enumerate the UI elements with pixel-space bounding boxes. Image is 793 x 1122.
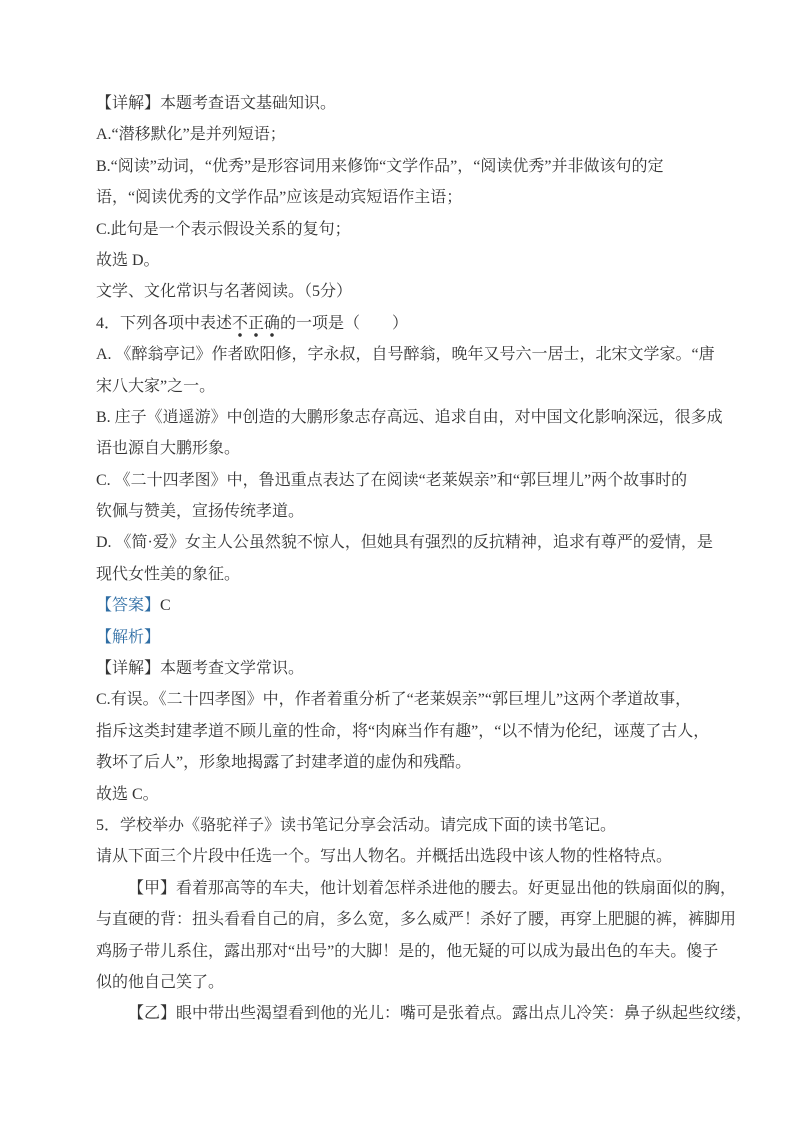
text-run: 【乙】眼中带出些渴望看到他的光儿：嘴可是张着点。露出点儿冷笑：鼻子纵起些纹缕， — [128, 1005, 752, 1022]
q4-option-d-line2: 现代女性美的象征。 — [96, 559, 700, 590]
text-run: A.“潜移默化”是并列短语； — [96, 126, 286, 143]
text-run: 的一项是（ ） — [280, 315, 408, 332]
text-run: 与直硬的背：扭头看看自己的肩，多么宽，多么威严！杀好了腰，再穿上肥腿的裤，裤脚用 — [96, 911, 736, 928]
passage-yi-line1: 【乙】眼中带出些渴望看到他的光儿：嘴可是张着点。露出点儿冷笑：鼻子纵起些纹缕， — [96, 998, 700, 1029]
answer-label: 【答案】 — [96, 597, 160, 614]
text-run: 4．下列各项中表述 — [96, 315, 232, 332]
passage-jia-line1: 【甲】看着那高等的车夫，他计划着怎样杀进他的腰去。好更显出他的铁扇面似的胸， — [96, 873, 700, 904]
q4-option-c-line1: C. 《二十四孝图》中，鲁迅重点表达了在阅读“老莱娱亲”和“郭巨埋儿”两个故事时… — [96, 465, 700, 496]
answer-line: 【答案】C — [96, 590, 700, 621]
conclusion-q3: 故选 D。 — [96, 245, 700, 276]
text-run: 语也源自大鹏形象。 — [96, 440, 240, 457]
q4-option-a-line2: 宋八大家”之一。 — [96, 371, 700, 402]
text-run: 钦佩与赞美，宣扬传统孝道。 — [96, 503, 304, 520]
passage-jia-line2: 与直硬的背：扭头看看自己的肩，多么宽，多么威严！杀好了腰，再穿上肥腿的裤，裤脚用 — [96, 904, 700, 935]
text-run: C.此句是一个表示假设关系的复句； — [96, 221, 351, 238]
answer-value: C — [160, 597, 171, 614]
detail-label-q4: 【详解】本题考查文学常识。 — [96, 653, 700, 684]
text-run: B.“阅读”动词，“优秀”是形容词用来修饰“文学作品”，“阅读优秀”并非做该句的… — [96, 158, 664, 175]
detail-label-q3: 【详解】本题考查语文基础知识。 — [96, 88, 700, 119]
passage-jia-line3: 鸡肠子带儿系住，露出那对“出号”的大脚！是的，他无疑的可以成为最出色的车夫。傻子 — [96, 936, 700, 967]
text-run: B. 庄子《逍遥游》中创造的大鹏形象志存高远、追求自由，对中国文化影响深远，很多… — [96, 409, 723, 426]
q4-option-b-line1: B. 庄子《逍遥游》中创造的大鹏形象志存高远、追求自由，对中国文化影响深远，很多… — [96, 402, 700, 433]
text-run: 【详解】本题考查语文基础知识。 — [96, 95, 336, 112]
question-4-stem: 4．下列各项中表述不正确的一项是（ ） — [96, 308, 700, 339]
text-run: 现代女性美的象征。 — [96, 566, 240, 583]
text-run: 教坏了后人”，形象地揭露了封建孝道的虚伪和残酷。 — [96, 754, 471, 771]
text-run: 宋八大家”之一。 — [96, 378, 215, 395]
document-page: 【详解】本题考查语文基础知识。A.“潜移默化”是并列短语；B.“阅读”动词，“优… — [0, 0, 793, 1122]
q5-instruction: 请从下面三个片段中任选一个。写出人物名。并概括出选段中该人物的性格特点。 — [96, 841, 700, 872]
option-b-analysis-line2: 语，“阅读优秀的文学作品”应该是动宾短语作主语； — [96, 182, 700, 213]
conclusion-q4: 故选 C。 — [96, 779, 700, 810]
q4-option-c-line2: 钦佩与赞美，宣扬传统孝道。 — [96, 496, 700, 527]
q4-explanation-line1: C.有误。《二十四孝图》中，作者着重分析了“老莱娱亲”“郭巨埋儿”这两个孝道故事… — [96, 684, 700, 715]
text-run: 故选 D。 — [96, 252, 160, 269]
text-run: 故选 C。 — [96, 786, 159, 803]
text-run: 【甲】看着那高等的车夫，他计划着怎样杀进他的腰去。好更显出他的铁扇面似的胸， — [128, 880, 736, 897]
text-run: 文学、文化常识与名著阅读。（5分） — [96, 283, 352, 300]
text-run: 语，“阅读优秀的文学作品”应该是动宾短语作主语； — [96, 189, 462, 206]
option-a-analysis: A.“潜移默化”是并列短语； — [96, 119, 700, 150]
option-c-analysis: C.此句是一个表示假设关系的复句； — [96, 214, 700, 245]
document-content: 【详解】本题考查语文基础知识。A.“潜移默化”是并列短语；B.“阅读”动词，“优… — [96, 88, 700, 1030]
text-run: C.有误。《二十四孝图》中，作者着重分析了“老莱娱亲”“郭巨埋儿”这两个孝道故事… — [96, 691, 691, 708]
emphasized-text: 不正确 — [232, 315, 280, 338]
question-5-stem: 5．学校举办《骆驼祥子》读书笔记分享会活动。请完成下面的读书笔记。 — [96, 810, 700, 841]
text-run: C. 《二十四孝图》中，鲁迅重点表达了在阅读“老莱娱亲”和“郭巨埋儿”两个故事时… — [96, 472, 687, 489]
text-run: 指斥这类封建孝道不顾儿童的性命，将“肉麻当作有趣”，“以不情为伦纪，诬蔑了古人， — [96, 723, 709, 740]
text-run: 【详解】本题考查文学常识。 — [96, 660, 304, 677]
q4-option-b-line2: 语也源自大鹏形象。 — [96, 433, 700, 464]
text-run: 似的他自己笑了。 — [96, 974, 224, 991]
q4-option-d-line1: D. 《简·爱》女主人公虽然貌不惊人，但她具有强烈的反抗精神，追求有尊严的爱情，… — [96, 527, 700, 558]
text-run: A. 《醉翁亭记》作者欧阳修，字永叔，自号醉翁，晚年又号六一居士，北宋文学家。“… — [96, 346, 715, 363]
text-run: 鸡肠子带儿系住，露出那对“出号”的大脚！是的，他无疑的可以成为最出色的车夫。傻子 — [96, 943, 718, 960]
analysis-label: 【解析】 — [96, 629, 160, 646]
q4-explanation-line2: 指斥这类封建孝道不顾儿童的性命，将“肉麻当作有趣”，“以不情为伦纪，诬蔑了古人， — [96, 716, 700, 747]
analysis-label-line: 【解析】 — [96, 622, 700, 653]
text-run: D. 《简·爱》女主人公虽然貌不惊人，但她具有强烈的反抗精神，追求有尊严的爱情，… — [96, 534, 713, 551]
text-run: 5．学校举办《骆驼祥子》读书笔记分享会活动。请完成下面的读书笔记。 — [96, 817, 616, 834]
q4-option-a-line1: A. 《醉翁亭记》作者欧阳修，字永叔，自号醉翁，晚年又号六一居士，北宋文学家。“… — [96, 339, 700, 370]
section-title: 文学、文化常识与名著阅读。（5分） — [96, 276, 700, 307]
q4-explanation-line3: 教坏了后人”，形象地揭露了封建孝道的虚伪和残酷。 — [96, 747, 700, 778]
text-run: 请从下面三个片段中任选一个。写出人物名。并概括出选段中该人物的性格特点。 — [96, 848, 672, 865]
option-b-analysis-line1: B.“阅读”动词，“优秀”是形容词用来修饰“文学作品”，“阅读优秀”并非做该句的… — [96, 151, 700, 182]
passage-jia-line4: 似的他自己笑了。 — [96, 967, 700, 998]
